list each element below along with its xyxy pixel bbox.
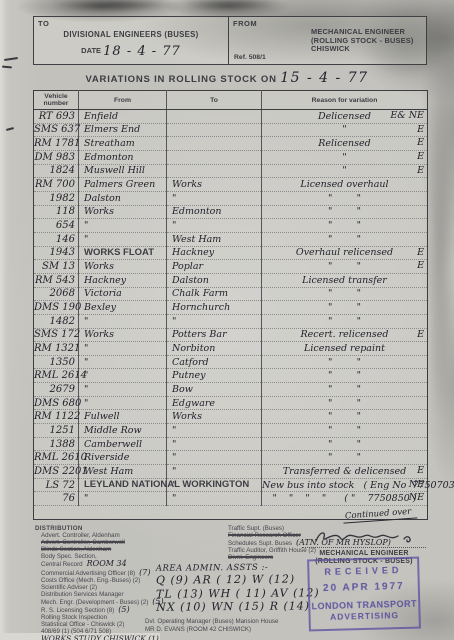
from-line: CHISWICK (311, 45, 414, 54)
distribution-item-text: Schedules Supt. Buses (228, 540, 292, 547)
cell-to: Catford (167, 355, 262, 369)
cell-vehicle-number: 118 (34, 205, 79, 219)
reason-text: " " (328, 220, 361, 231)
cell-from: Works (79, 328, 167, 342)
cell-reason: "E (262, 150, 428, 164)
cell-from: Hackney (79, 273, 167, 287)
reason-text: " (342, 124, 346, 135)
cell-from: WORKS FLOAT (79, 246, 167, 260)
table-row: 1943WORKS FLOATHackneyOverhaul relicense… (34, 246, 428, 260)
signature (312, 527, 416, 547)
table-row: DMS 190BexleyHornchurch" " (34, 301, 428, 315)
reason-text: " " (328, 411, 361, 422)
reason-text: " " (328, 316, 361, 327)
licensing-code: E (417, 329, 424, 340)
table-row: 2068VictoriaChalk Farm" " (34, 287, 428, 301)
scan-edge-artifact (0, 0, 7, 640)
cell-from: " (79, 314, 167, 328)
reason-text: " " (328, 193, 361, 204)
area-admin-row: NX (10) WN (15) R (14) (156, 599, 326, 614)
distribution-item: DISTRIBUTION (35, 525, 185, 532)
cell-vehicle-number: 2679 (34, 383, 79, 397)
cell-to: " (167, 424, 262, 438)
cell-vehicle-number: RML 2614 (34, 369, 79, 383)
cell-to: Norbiton (167, 342, 262, 356)
cell-reason: " " (262, 232, 428, 246)
cell-reason: " " (262, 410, 428, 424)
cell-to: " (167, 191, 262, 205)
reason-text: " " (328, 357, 361, 368)
cell-from: " (79, 396, 167, 410)
handwritten-annotation: (5) (118, 605, 129, 614)
cell-vehicle-number: 2068 (34, 287, 79, 301)
cell-to: West Ham (167, 232, 262, 246)
distribution-item: Advert. Controller, Camberwell (35, 539, 185, 546)
from-address: MECHANICAL ENGINEER (ROLLING STOCK - BUS… (311, 28, 414, 54)
cell-from: " (79, 383, 167, 397)
table-row: SMS 637Elmers End"E (34, 123, 428, 137)
cell-vehicle-number: SMS 637 (34, 123, 79, 137)
reason-text: " " (328, 439, 361, 450)
reason-text: " " (328, 288, 361, 299)
cell-from: Works (79, 205, 167, 219)
cell-to (167, 150, 262, 164)
cell-reason: New bus into stock ( Eng No 7750703 )NE (262, 478, 428, 492)
table-row: DMS 680"Edgware" " (34, 396, 428, 410)
cell-from: Enfield (79, 110, 167, 124)
title-text: VARIATIONS IN ROLLING STOCK ON (85, 74, 276, 85)
table-row: RML 2610Riverside"" " (34, 451, 428, 465)
reason-text: " " (328, 261, 361, 272)
table-row: SMS 172WorksPotters BarRecert. relicense… (34, 328, 428, 342)
cell-reason: " " (262, 287, 428, 301)
cell-to: Putney (167, 369, 262, 383)
signature-rule (302, 547, 426, 548)
footer-notes: Dvl. Operating Manager (Buses) Mansion H… (145, 618, 278, 633)
licensing-code: E (417, 137, 424, 148)
cell-vehicle-number: RT 693 (34, 110, 79, 124)
scanned-document-page: TO DIVISIONAL ENGINEERS (BUSES) DATE 18 … (0, 0, 454, 640)
area-admin-assts-note: AREA ADMIN. ASSTS :- Q (9) AR ( 12) W (1… (156, 562, 326, 614)
cell-to: " (167, 314, 262, 328)
reason-text: Relicensed (318, 138, 371, 149)
reason-text: " " (328, 384, 361, 395)
cell-reason: Licensed repaint (262, 342, 428, 356)
table-row: RM 1781StreathamRelicensedE (34, 137, 428, 151)
from-box: FROM MECHANICAL ENGINEER (ROLLING STOCK … (229, 17, 426, 64)
cell-reason: " "E (262, 260, 428, 274)
cell-vehicle-number: 1350 (34, 355, 79, 369)
distribution-item-text: R. S. Licensing Section (8) (41, 607, 114, 614)
distribution-item-text: Mech. Engr. (Development - Buses) (2) (41, 599, 148, 606)
cell-vehicle-number: 1982 (34, 191, 79, 205)
cell-to (167, 137, 262, 151)
cell-from: " (79, 369, 167, 383)
cell-to: Works (167, 178, 262, 192)
cell-vehicle-number: RML 2610 (34, 451, 79, 465)
cell-from: Palmers Green (79, 178, 167, 192)
date-value-handwritten: 18 - 4 - 77 (103, 44, 181, 59)
cell-vehicle-number: 1824 (34, 164, 79, 178)
cell-from: " (79, 219, 167, 233)
table-row: DM 983Edmonton"E (34, 150, 428, 164)
cell-reason: " " (262, 301, 428, 315)
distribution-item: Blinds Section, Aldenham (35, 546, 185, 553)
reference-number: Ref. 508/1 (234, 54, 266, 61)
cell-from: Riverside (79, 451, 167, 465)
cell-from: " (79, 342, 167, 356)
licensing-code: E (417, 124, 424, 135)
cell-from: Camberwell (79, 437, 167, 451)
table-row-continued: Continued over (34, 506, 428, 520)
distribution-item-text: Financial Research Officer (228, 532, 301, 539)
table-row: 76""" " " " ( " 7750850 )NE (34, 492, 428, 506)
col-vehicle-number: Vehicle number (34, 91, 79, 110)
cell-reason: " " (262, 396, 428, 410)
cell-from: Middle Row (79, 424, 167, 438)
table-row: 1350"Catford" " (34, 355, 428, 369)
cell-vehicle-number: RM 700 (34, 178, 79, 192)
cell-reason: " " (262, 219, 428, 233)
cell-reason: " " (262, 369, 428, 383)
licensing-code: E (417, 247, 424, 258)
cell-reason: Transferred & delicensedE (262, 465, 428, 479)
distribution-item-text: WORKS STUDY CHISWICK (1) (41, 634, 159, 640)
cell-from: " (79, 232, 167, 246)
cell-reason: "E (262, 123, 428, 137)
distribution-item: Advert. Controller, Aldenham (35, 532, 185, 539)
cell-to: Chalk Farm (167, 287, 262, 301)
footer-line: Dvl. Operating Manager (Buses) Mansion H… (145, 618, 278, 626)
distribution-item-text: Rolling Stock Inspection (41, 614, 107, 621)
table-row: 2679"Bow" " (34, 383, 428, 397)
cell-vehicle-number: RM 1321 (34, 342, 79, 356)
title-date-handwritten: 15 - 4 - 77 (280, 70, 368, 86)
cell-to: Dalston (167, 273, 262, 287)
stamp-dept: ADVERTISING (310, 610, 418, 623)
cell-continued: Continued over (34, 506, 428, 520)
licensing-code: E (417, 465, 424, 476)
distribution-item-text: Traffic Supt. (Buses) (228, 525, 284, 532)
cell-from: Fulwell (79, 410, 167, 424)
cell-to: " (167, 437, 262, 451)
cell-from: Elmers End (79, 123, 167, 137)
reason-text: " (342, 165, 346, 176)
cell-from: West Ham (79, 465, 167, 479)
cell-to: Hornchurch (167, 301, 262, 315)
cell-from: " (79, 492, 167, 506)
from-label: FROM (233, 19, 257, 28)
distribution-item-text: Commercial Advertising Officer (8) (41, 570, 135, 577)
footer-line: MR D. EVANS (ROOM 42 CHISWICK) (145, 626, 278, 634)
reason-text: Licensed repaint (304, 343, 385, 354)
cell-from: Bexley (79, 301, 167, 315)
cell-to: " (167, 465, 262, 479)
reason-text: New bus into stock ( Eng No 7750703 ) (262, 480, 454, 491)
cell-to: Potters Bar (167, 328, 262, 342)
cell-reason: Licensed transfer (262, 273, 428, 287)
cell-vehicle-number: 76 (34, 492, 79, 506)
to-label: TO (38, 19, 49, 28)
cell-from: Dalston (79, 191, 167, 205)
reason-text: Transferred & delicensed (283, 466, 406, 477)
received-stamp: RECEIVED 20 APR 1977 LONDON TRANSPORT AD… (307, 557, 421, 632)
table-header-row: Vehicle number From To Reason for variat… (34, 91, 428, 110)
cell-vehicle-number: 654 (34, 219, 79, 233)
stamp-received: RECEIVED (309, 565, 417, 578)
reason-text: " " (328, 206, 361, 217)
cell-from: Streatham (79, 137, 167, 151)
cell-reason: " " (262, 383, 428, 397)
cell-vehicle-number: RM 1122 (34, 410, 79, 424)
cell-to: Edmonton (167, 205, 262, 219)
cell-to: Poplar (167, 260, 262, 274)
table-row: SM 13WorksPoplar" "E (34, 260, 428, 274)
licensing-code: NE (409, 492, 424, 503)
table-row: LS 72LEYLAND NATIONAL WORKINGTON"New bus… (34, 478, 428, 492)
cell-vehicle-number: SMS 172 (34, 328, 79, 342)
table-row: 1251Middle Row"" " (34, 424, 428, 438)
reason-text: " " (328, 452, 361, 463)
stamp-date: 20 APR 1977 (310, 581, 418, 595)
table-row: 118WorksEdmonton" " (34, 205, 428, 219)
to-box: TO DIVISIONAL ENGINEERS (BUSES) DATE 18 … (34, 17, 229, 64)
distribution-item-text: Advert. Controller, Aldenham (41, 532, 120, 539)
cell-vehicle-number: DMS 680 (34, 396, 79, 410)
cell-from: Victoria (79, 287, 167, 301)
cell-reason: RelicensedE (262, 137, 428, 151)
distribution-item-text: Statistical Office - Chiswick (2) (41, 621, 124, 628)
table-row: RM 1321"NorbitonLicensed repaint (34, 342, 428, 356)
distribution-item-text: Scientific Adviser (2) (41, 584, 97, 591)
reason-text: " (342, 152, 346, 163)
cell-vehicle-number: 1251 (34, 424, 79, 438)
cell-vehicle-number: 146 (34, 232, 79, 246)
cell-reason: " " " " ( " 7750850 )NE (262, 492, 428, 506)
table-row: RM 700Palmers GreenWorksLicensed overhau… (34, 178, 428, 192)
cell-reason: " " (262, 355, 428, 369)
cell-to: " (167, 492, 262, 506)
table-row: RM 1122FulwellWorks" " (34, 410, 428, 424)
distribution-item-text: Advert. Controller, Camberwell (41, 539, 125, 546)
cell-to (167, 164, 262, 178)
cell-from: Edmonton (79, 150, 167, 164)
licensing-code: E (417, 151, 424, 162)
cell-to: Hackney (167, 246, 262, 260)
cell-to: " (167, 451, 262, 465)
licensing-code: E& NE (390, 110, 424, 121)
reason-text: Overhaul relicensed (296, 247, 393, 258)
table-row: RML 2614"Putney" " (34, 369, 428, 383)
reason-text: Recert. relicensed (301, 329, 389, 340)
cell-from: LEYLAND NATIONAL WORKINGTON (79, 478, 167, 492)
reason-text: " " (328, 234, 361, 245)
licensing-code: E (417, 260, 424, 271)
rolling-stock-table: Vehicle number From To Reason for variat… (33, 90, 428, 520)
cell-vehicle-number: LS 72 (34, 478, 79, 492)
table-row: 654""" " (34, 219, 428, 233)
cell-from: Muswell Hill (79, 164, 167, 178)
cell-vehicle-number: DM 983 (34, 150, 79, 164)
cell-reason: Licensed overhaul (262, 178, 428, 192)
cell-reason: Recert. relicensedE (262, 328, 428, 342)
cell-from: Works (79, 260, 167, 274)
cell-to (167, 123, 262, 137)
cell-reason: " " (262, 424, 428, 438)
col-reason: Reason for variation (262, 91, 428, 110)
reason-text: " " (328, 398, 361, 409)
distribution-item-text: Distribution Services Manager (41, 591, 124, 598)
reason-text: " " (328, 302, 361, 313)
table-row: 1824Muswell Hill"E (34, 164, 428, 178)
cell-from: " (79, 355, 167, 369)
reason-text: " " (328, 425, 361, 436)
handwritten-annotation: (7) (139, 568, 150, 577)
table-row: 146"West Ham" " (34, 232, 428, 246)
cell-vehicle-number: DMS 2201 (34, 465, 79, 479)
table-row: 1482""" " (34, 314, 428, 328)
reason-text: Licensed overhaul (300, 179, 388, 190)
cell-vehicle-number: 1482 (34, 314, 79, 328)
table-row: RM 543HackneyDalstonLicensed transfer (34, 273, 428, 287)
cell-to (167, 110, 262, 124)
table-row: 1982Dalston"" " (34, 191, 428, 205)
distribution-item-text: Blinds Section, Aldenham (41, 546, 111, 553)
reason-text: " " (328, 370, 361, 381)
table-row: 1388Camberwell"" " (34, 437, 428, 451)
distribution-item-text: Central Record (41, 561, 83, 568)
distribution-item-text: DISTRIBUTION (35, 525, 83, 532)
table-row: DMS 2201West Ham"Transferred & delicense… (34, 465, 428, 479)
cell-reason: " " (262, 314, 428, 328)
date-line: DATE 18 - 4 - 77 (34, 44, 228, 59)
cell-vehicle-number: 1388 (34, 437, 79, 451)
cell-vehicle-number: RM 1781 (34, 137, 79, 151)
distribution-item: WORKS STUDY CHISWICK (1) (35, 635, 185, 640)
to-recipient: DIVISIONAL ENGINEERS (BUSES) (34, 30, 228, 39)
document-title: VARIATIONS IN ROLLING STOCK ON 15 - 4 - … (0, 70, 454, 86)
cell-reason: "E (262, 164, 428, 178)
cell-reason: " " (262, 191, 428, 205)
cell-reason: " " (262, 205, 428, 219)
licensing-code: E (417, 165, 424, 176)
distribution-item-text: Costs Office (Mech. Eng.-Buses) (2) (41, 577, 140, 584)
col-to: To (167, 91, 262, 110)
reason-text: Delicensed (318, 111, 371, 122)
cell-to: " (167, 219, 262, 233)
table-row: RT 693EnfieldDelicensedE& NE (34, 110, 428, 124)
cell-to: Works (167, 410, 262, 424)
cell-reason: " " (262, 437, 428, 451)
col-from: From (79, 91, 167, 110)
date-label: DATE (81, 46, 101, 55)
cell-vehicle-number: SM 13 (34, 260, 79, 274)
header-address-boxes: TO DIVISIONAL ENGINEERS (BUSES) DATE 18 … (33, 16, 427, 65)
reason-text: " " " " ( " 7750850 ) (272, 493, 416, 504)
cell-to: Bow (167, 383, 262, 397)
cell-vehicle-number: DMS 190 (34, 301, 79, 315)
licensing-code: NE (409, 479, 424, 490)
cell-vehicle-number: 1943 (34, 246, 79, 260)
handwritten-annotation: ROOM 34 (87, 559, 127, 568)
distribution-item-text: Divnl. Engineers (228, 554, 273, 561)
cell-reason: DelicensedE& NE (262, 110, 428, 124)
reason-text: Licensed transfer (302, 275, 387, 286)
cell-reason: Overhaul relicensedE (262, 246, 428, 260)
cell-to: Edgware (167, 396, 262, 410)
cell-vehicle-number: RM 543 (34, 273, 79, 287)
cell-reason: " " (262, 451, 428, 465)
